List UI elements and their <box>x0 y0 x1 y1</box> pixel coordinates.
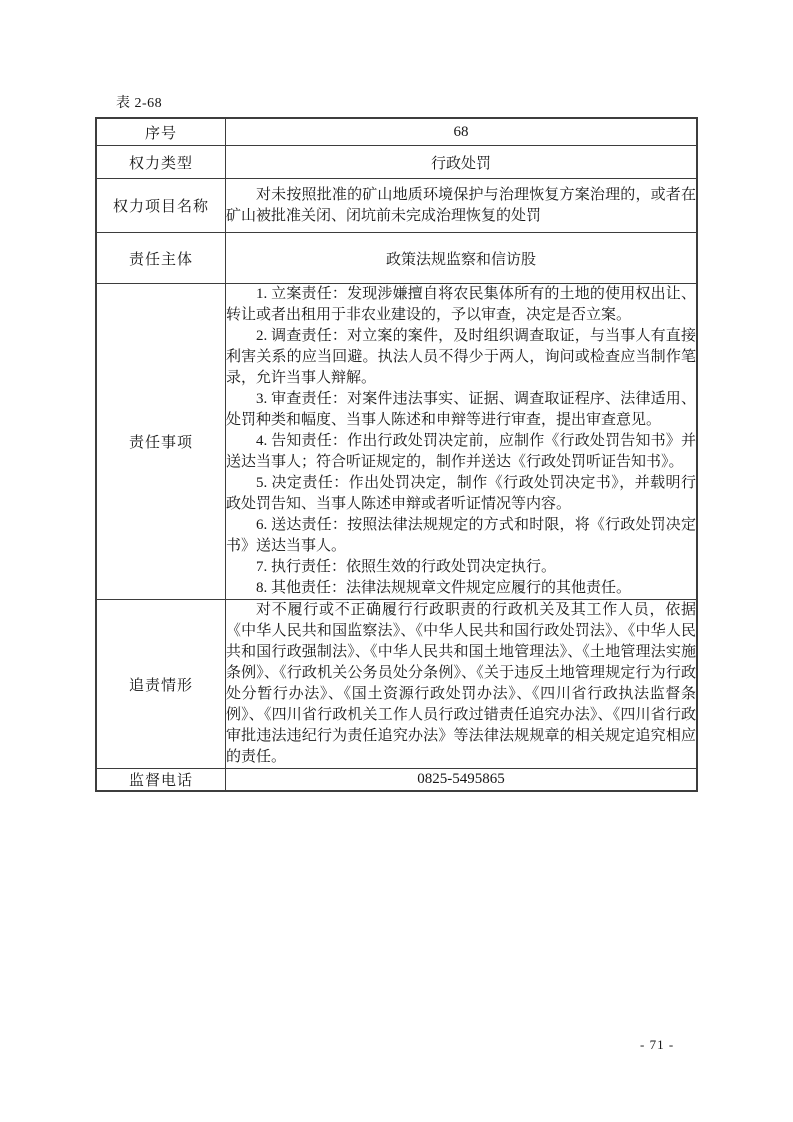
row-label-responsible-body: 责任主体 <box>96 233 226 284</box>
duty-item-2: 2. 调查责任：对立案的案件，及时组织调查取证，与当事人有直接利害关系的应当回避… <box>226 326 696 389</box>
row-label-duty-items: 责任事项 <box>96 284 226 600</box>
duty-item-6: 6. 送达责任：按照法律法规规定的方式和时限，将《行政处罚决定书》送达当事人。 <box>226 515 696 557</box>
row-label-serial-number: 序号 <box>96 118 226 146</box>
duty-items-value: 1. 立案责任：发现涉嫌擅自将农民集体所有的土地的使用权出让、转让或者出租用于非… <box>226 284 698 600</box>
table-row: 追责情形 对不履行或不正确履行行政职责的行政机关及其工作人员，依据《中华人民共和… <box>96 600 697 769</box>
duty-item-4: 4. 告知责任：作出行政处罚决定前，应制作《行政处罚告知书》并送达当事人；符合听… <box>226 431 696 473</box>
responsible-body-value: 政策法规监察和信访股 <box>226 233 698 284</box>
row-label-supervision-phone: 监督电话 <box>96 769 226 792</box>
duty-item-8: 8. 其他责任：法律法规规章文件规定应履行的其他责任。 <box>226 578 696 599</box>
table-row: 权力类型 行政处罚 <box>96 146 697 179</box>
accountability-situations-value: 对不履行或不正确履行行政职责的行政机关及其工作人员，依据《中华人民共和国监察法》… <box>226 600 698 769</box>
power-item-name-value: 对未按照批准的矿山地质环境保护与治理恢复方案治理的，或者在矿山被批准关闭、闭坑前… <box>226 179 698 233</box>
table-row: 责任主体 政策法规监察和信访股 <box>96 233 697 284</box>
supervision-phone-value: 0825-5495865 <box>226 769 698 792</box>
table-row: 监督电话 0825-5495865 <box>96 769 697 792</box>
row-label-power-item-name: 权力项目名称 <box>96 179 226 233</box>
table-caption: 表 2-68 <box>116 92 162 112</box>
duty-item-3: 3. 审查责任：对案件违法事实、证据、调查取证程序、法律适用、处罚种类和幅度、当… <box>226 389 696 431</box>
power-item-name-text: 对未按照批准的矿山地质环境保护与治理恢复方案治理的，或者在矿山被批准关闭、闭坑前… <box>226 185 696 227</box>
row-label-power-type: 权力类型 <box>96 146 226 179</box>
duty-item-1: 1. 立案责任：发现涉嫌擅自将农民集体所有的土地的使用权出让、转让或者出租用于非… <box>226 284 696 326</box>
table-row: 序号 68 <box>96 118 697 146</box>
serial-number-value: 68 <box>226 118 698 146</box>
accountability-situations-text: 对不履行或不正确履行行政职责的行政机关及其工作人员，依据《中华人民共和国监察法》… <box>226 600 696 768</box>
duty-item-7: 7. 执行责任：依照生效的行政处罚决定执行。 <box>226 557 696 578</box>
table-row: 责任事项 1. 立案责任：发现涉嫌擅自将农民集体所有的土地的使用权出让、转让或者… <box>96 284 697 600</box>
duty-table: 序号 68 权力类型 行政处罚 权力项目名称 对未按照批准的矿山地质环境保护与治… <box>95 117 698 792</box>
power-type-value: 行政处罚 <box>226 146 698 179</box>
page-number: - 71 - <box>640 1037 674 1053</box>
row-label-accountability-situations: 追责情形 <box>96 600 226 769</box>
document-page: 表 2-68 序号 68 权力类型 行政处罚 权力项目名称 对未按照批准的矿山地… <box>0 0 793 1122</box>
table-row: 权力项目名称 对未按照批准的矿山地质环境保护与治理恢复方案治理的，或者在矿山被批… <box>96 179 697 233</box>
duty-item-5: 5. 决定责任：作出处罚决定，制作《行政处罚决定书》，并载明行政处罚告知、当事人… <box>226 473 696 515</box>
